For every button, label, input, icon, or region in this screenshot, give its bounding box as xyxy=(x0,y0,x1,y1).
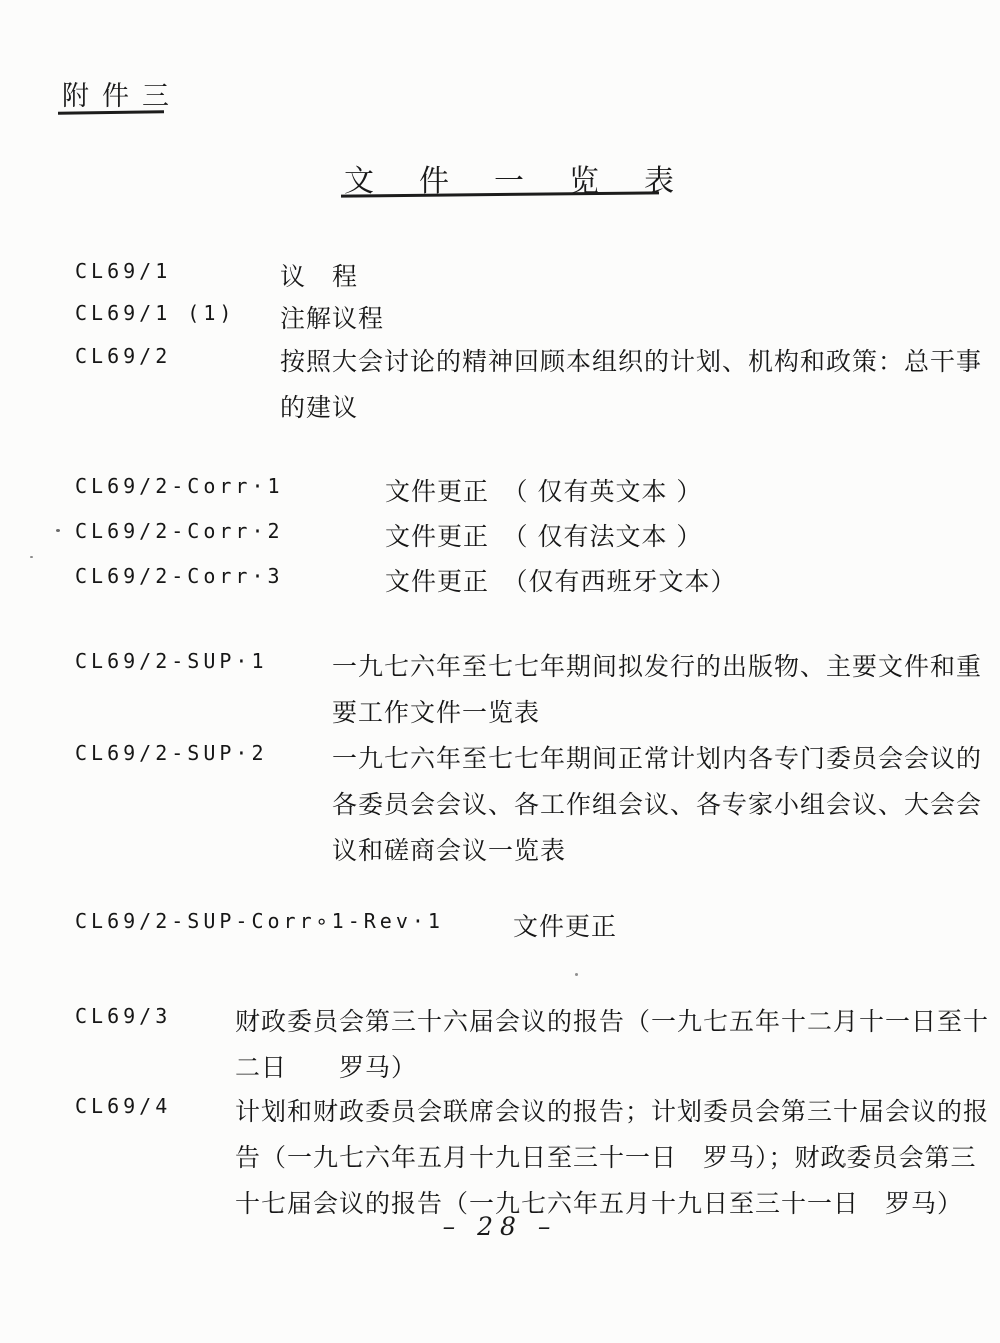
entry-text-line: 文件更正 xyxy=(513,904,617,950)
entry-text-line: 议和磋商会议一览表 xyxy=(332,828,982,874)
scan-speck xyxy=(30,556,33,558)
document-code: CL69/2-SUP·2 xyxy=(75,741,268,765)
entry-text-line: 一九七六年至七七年期间正常计划内各专门委员会会议的 xyxy=(332,736,982,782)
document-code: CL69/2-Corr·2 xyxy=(75,519,284,543)
entry-text-line: 注解议程 xyxy=(280,296,384,342)
annex-label: 附件三 xyxy=(62,74,182,113)
entry-text-line: 计划和财政委员会联席会议的报告；计划委员会第三十届会议的报 xyxy=(235,1089,989,1135)
annex-underline xyxy=(58,110,164,114)
entry-text-line: 要工作文件一览表 xyxy=(332,690,982,736)
entry-text-line: 文件更正 （ 仅有法文本 ） xyxy=(385,514,702,560)
scan-speck xyxy=(56,529,60,532)
entry-text-line: 的建议 xyxy=(280,385,982,431)
entry-text-line: 各委员会会议、各工作组会议、各专家小组会议、大会会 xyxy=(332,782,982,828)
document-code: CL69/3 xyxy=(75,1004,171,1028)
entry-text-line: 告（一九七六年五月十九日至三十一日 罗马）；财政委员会第三 xyxy=(235,1135,989,1181)
entry-text-line: 财政委员会第三十六届会议的报告（一九七五年十二月十一日至十 xyxy=(235,999,989,1045)
entry-text-line: 议 程 xyxy=(280,254,358,300)
document-code: CL69/2 xyxy=(75,344,171,368)
document-code: CL69/1 (1) xyxy=(75,301,235,325)
scan-speck xyxy=(575,973,578,976)
scan-speck xyxy=(843,1163,846,1166)
entry-text-line: 文件更正 （ 仅有英文本 ） xyxy=(385,469,702,515)
entry-text-line: 按照大会讨论的精神回顾本组织的计划、机构和政策：总干事 xyxy=(280,339,982,385)
document-code: CL69/2-Corr·1 xyxy=(75,474,284,498)
document-code: CL69/2-SUP-Corr∘1-Rev·1 xyxy=(75,909,444,933)
document-code: CL69/1 xyxy=(75,259,171,283)
document-code: CL69/2-Corr·3 xyxy=(75,564,284,588)
scanned-document-page: 附件三 文件一览表 CL69/1 议 程 CL69/1 (1) 注解议程 CL6… xyxy=(0,0,1000,1343)
document-code: CL69/2-SUP·1 xyxy=(75,649,268,673)
document-code: CL69/4 xyxy=(75,1094,171,1118)
entry-text-line: 二日 罗马） xyxy=(235,1045,989,1091)
page-number: – 28 – xyxy=(0,1212,1000,1241)
entry-text-line: 文件更正 （仅有西班牙文本） xyxy=(385,559,737,605)
entry-text-line: 一九七六年至七七年期间拟发行的出版物、主要文件和重 xyxy=(332,644,982,690)
